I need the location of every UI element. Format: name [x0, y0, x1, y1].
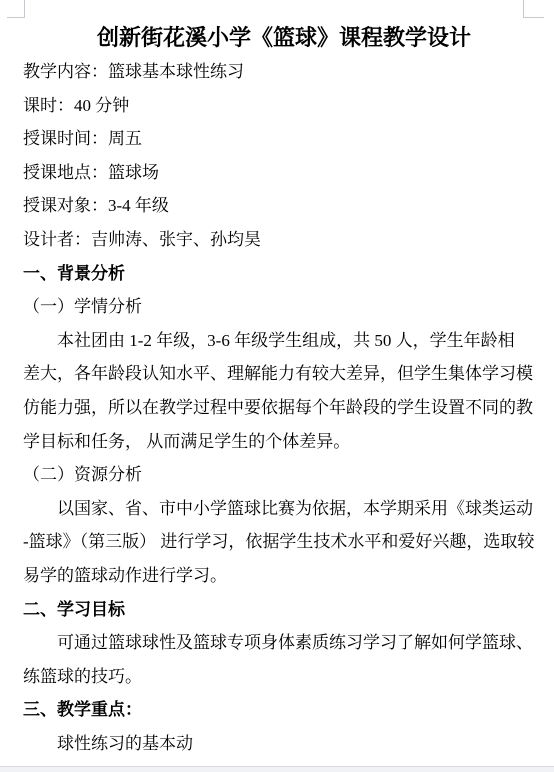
- paragraph-line: 练篮球的技巧。: [23, 660, 545, 694]
- meta-class-duration: 课时：40 分钟: [23, 89, 545, 123]
- subheading-resource-analysis: （二）资源分析: [23, 458, 545, 492]
- paragraph-line: 易学的篮球动作进行学习。: [23, 559, 545, 593]
- meta-teaching-content: 教学内容：篮球基本球性练习: [23, 55, 545, 89]
- paragraph-line: 仿能力强，所以在教学过程中要依据每个年龄段的学生设置不同的教: [23, 391, 545, 425]
- meta-class-time: 授课时间：周五: [23, 122, 545, 156]
- paragraph-line: -篮球》（第三版） 进行学习，依据学生技术水平和爱好兴趣，选取较: [23, 525, 545, 559]
- margin-crop-mark-top-right-vertical: [523, 0, 524, 17]
- margin-crop-mark-top-left-horizontal: [7, 17, 25, 18]
- document-page: 创新街花溪小学《篮球》课程教学设计 教学内容：篮球基本球性练习 课时：40 分钟…: [0, 0, 554, 772]
- heading-teaching-focus: 三、教学重点：: [23, 693, 545, 727]
- paragraph-line: 可通过篮球球性及篮球专项身体素质练习学习了解如何学篮球、: [23, 626, 545, 660]
- page-bottom-edge: [0, 766, 554, 772]
- paragraph-line: 学目标和任务， 从而满足学生的个体差异。: [23, 425, 545, 459]
- paragraph-line: 差大，各年龄段认知水平、理解能力有较大差异，但学生集体学习模: [23, 357, 545, 391]
- subheading-student-analysis: （一）学情分析: [23, 290, 545, 324]
- margin-crop-mark-top-left-vertical: [24, 0, 25, 17]
- meta-class-location: 授课地点：篮球场: [23, 156, 545, 190]
- paragraph-line: 球性练习的基本动: [23, 727, 545, 761]
- margin-crop-mark-top-right-horizontal: [523, 17, 544, 18]
- paragraph-line: 以国家、省、市中小学篮球比赛为依据，本学期采用《球类运动: [23, 492, 545, 526]
- heading-learning-goals: 二、学习目标: [23, 593, 545, 627]
- heading-background-analysis: 一、背景分析: [23, 257, 545, 291]
- paragraph-line: 本社团由 1-2 年级，3-6 年级学生组成，共 50 人，学生年龄相: [23, 324, 545, 358]
- meta-class-audience: 授课对象：3-4 年级: [23, 189, 545, 223]
- document-title: 创新街花溪小学《篮球》课程教学设计: [23, 20, 545, 55]
- meta-designers: 设计者：吉帅涛、张宇、孙均昊: [23, 223, 545, 257]
- document-body: 创新街花溪小学《篮球》课程教学设计 教学内容：篮球基本球性练习 课时：40 分钟…: [23, 20, 545, 760]
